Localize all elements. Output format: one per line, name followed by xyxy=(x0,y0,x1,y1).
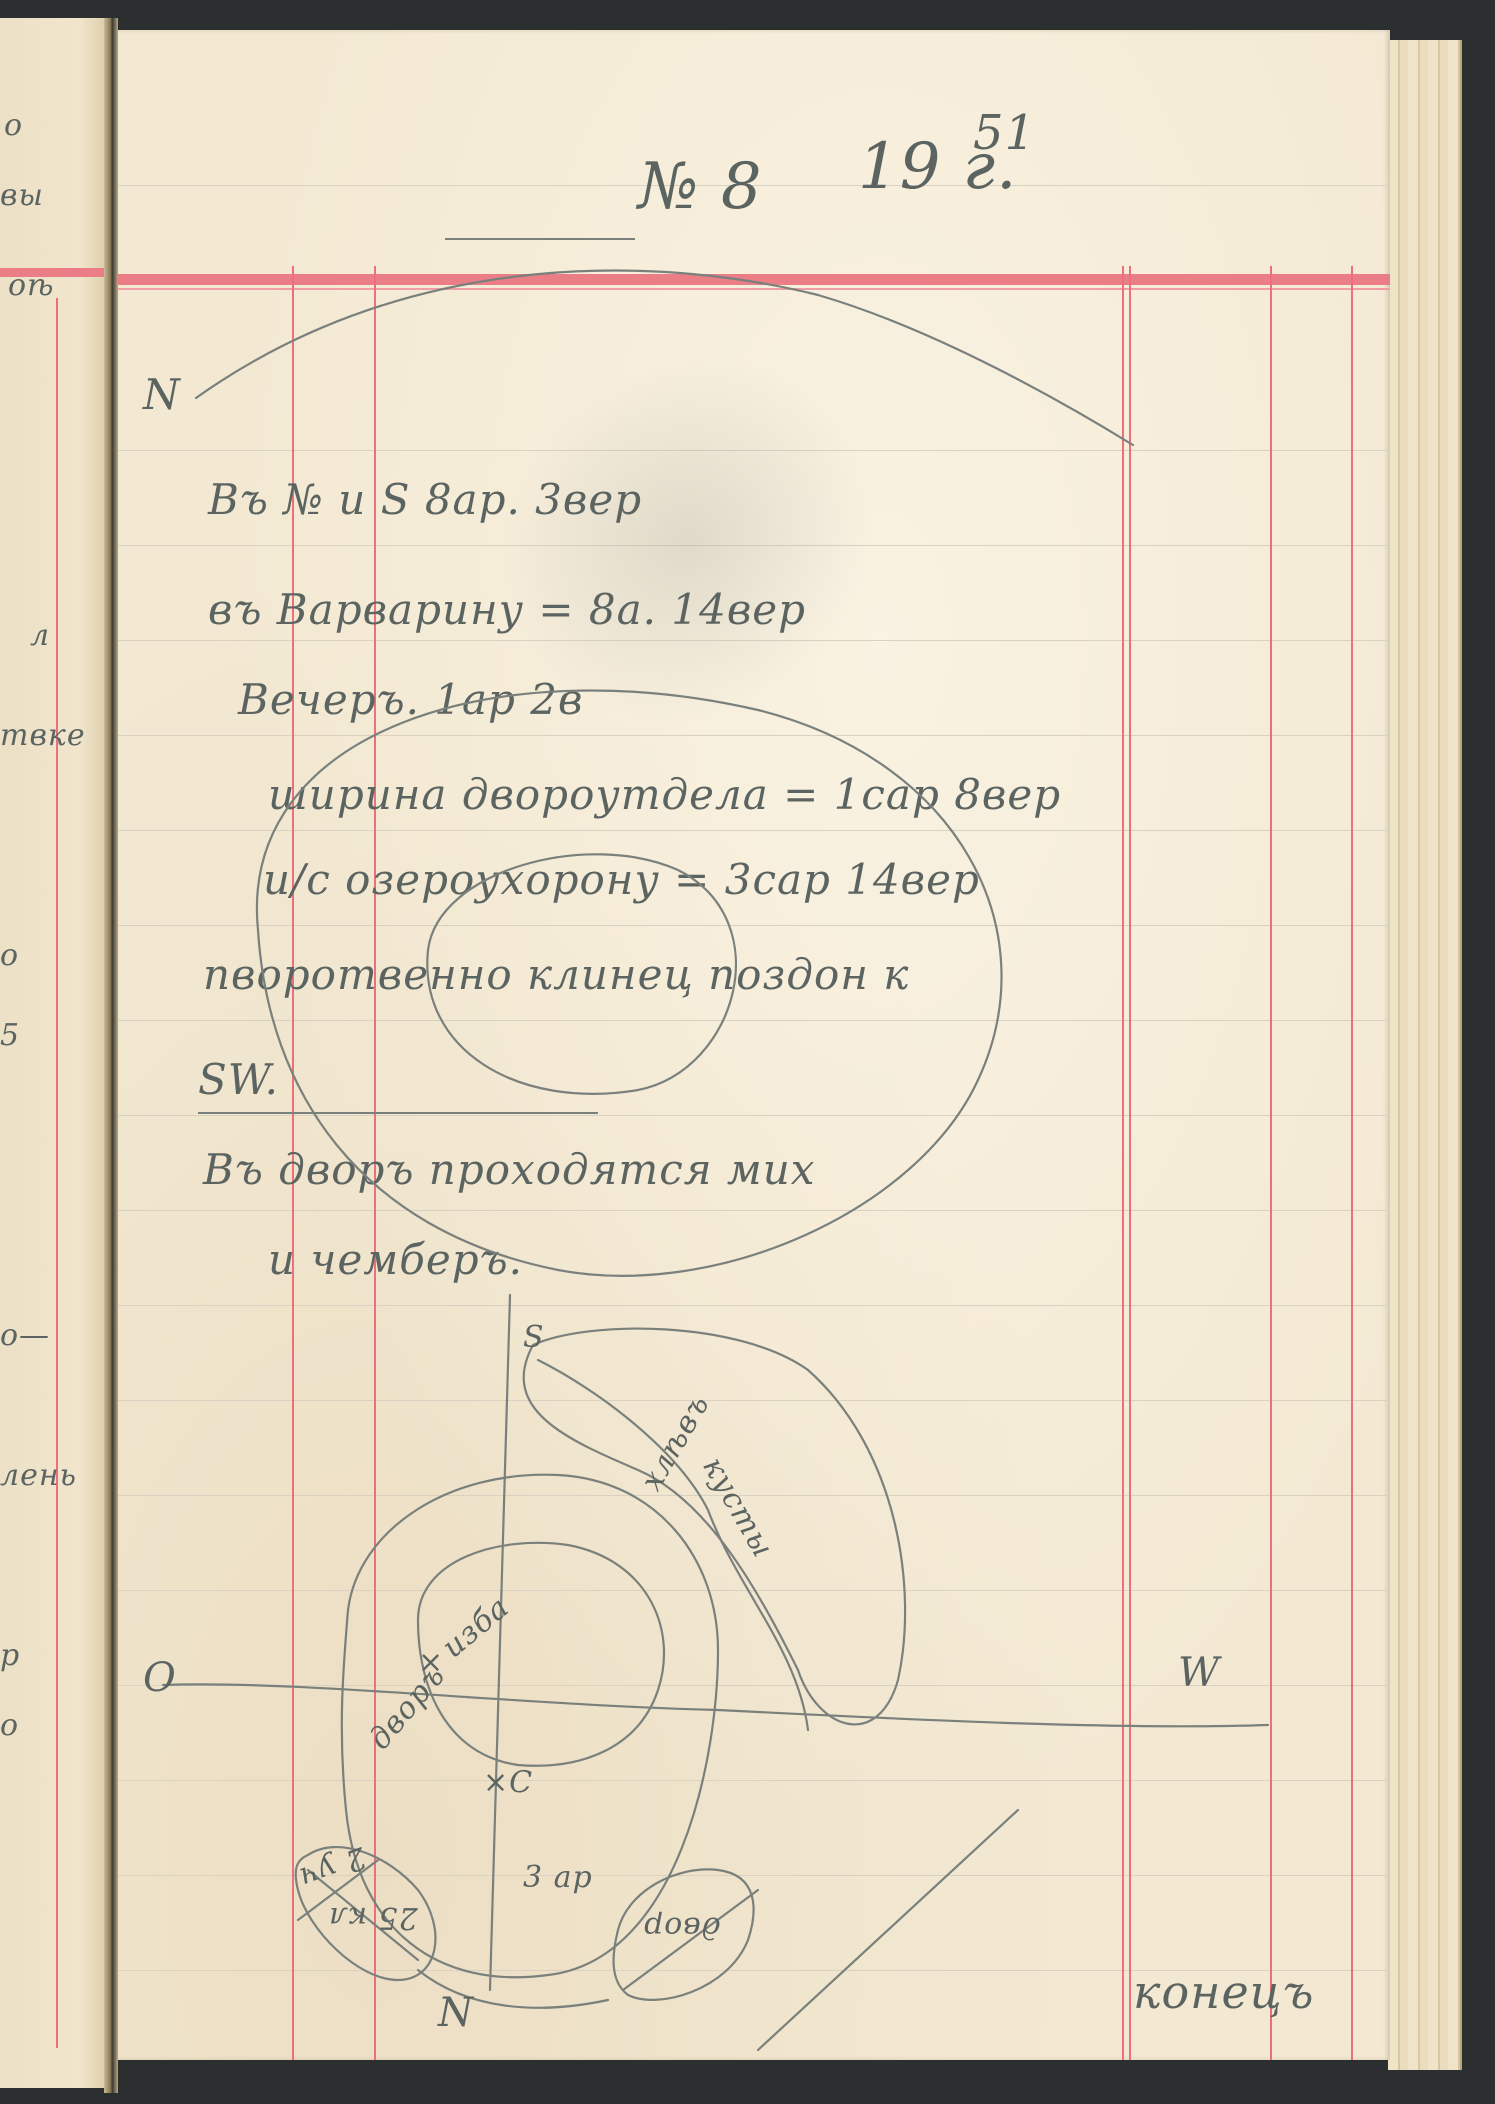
left-page-margin-rule xyxy=(56,298,58,2048)
sketch-map-drawing xyxy=(118,30,1390,2060)
diagram-label: ×С xyxy=(483,1765,533,1800)
left-fragment: оѣ xyxy=(8,268,55,303)
left-fragment: лень xyxy=(0,1458,77,1493)
compass-south-label: S xyxy=(523,1320,545,1355)
compass-east-label: О xyxy=(143,1655,177,1701)
footer-note: конецъ xyxy=(1133,1965,1314,2019)
left-fragment: р xyxy=(0,1638,20,1673)
left-fragment: вы xyxy=(0,178,44,213)
compass-west-label: W xyxy=(1178,1650,1220,1696)
notebook-page: № 8 19 г. 51 N Въ № и S 8ар. 3вер въ Вар… xyxy=(118,30,1390,2060)
left-fragment: 5 xyxy=(0,1018,20,1053)
diagram-label: 3 ар xyxy=(523,1860,593,1895)
left-fragment: о xyxy=(4,108,23,143)
page-stack-edges xyxy=(1388,40,1462,2070)
diagram-label: 25 кл xyxy=(328,1900,418,1935)
diagram-label: × xyxy=(418,1645,444,1680)
left-page-edge: о вы оѣ л твке о 5 о— лень р о xyxy=(0,18,112,2088)
compass-north-label: N xyxy=(438,1990,474,2036)
left-fragment: л xyxy=(30,618,50,653)
top-arc-path xyxy=(196,271,1133,445)
left-fragment: о xyxy=(0,938,19,973)
left-fragment: о— xyxy=(0,1318,50,1353)
diagram-label: двор xyxy=(643,1910,721,1945)
left-fragment: о xyxy=(0,1708,19,1743)
notebook-spine xyxy=(104,18,118,2093)
left-fragment: твке xyxy=(0,718,86,753)
